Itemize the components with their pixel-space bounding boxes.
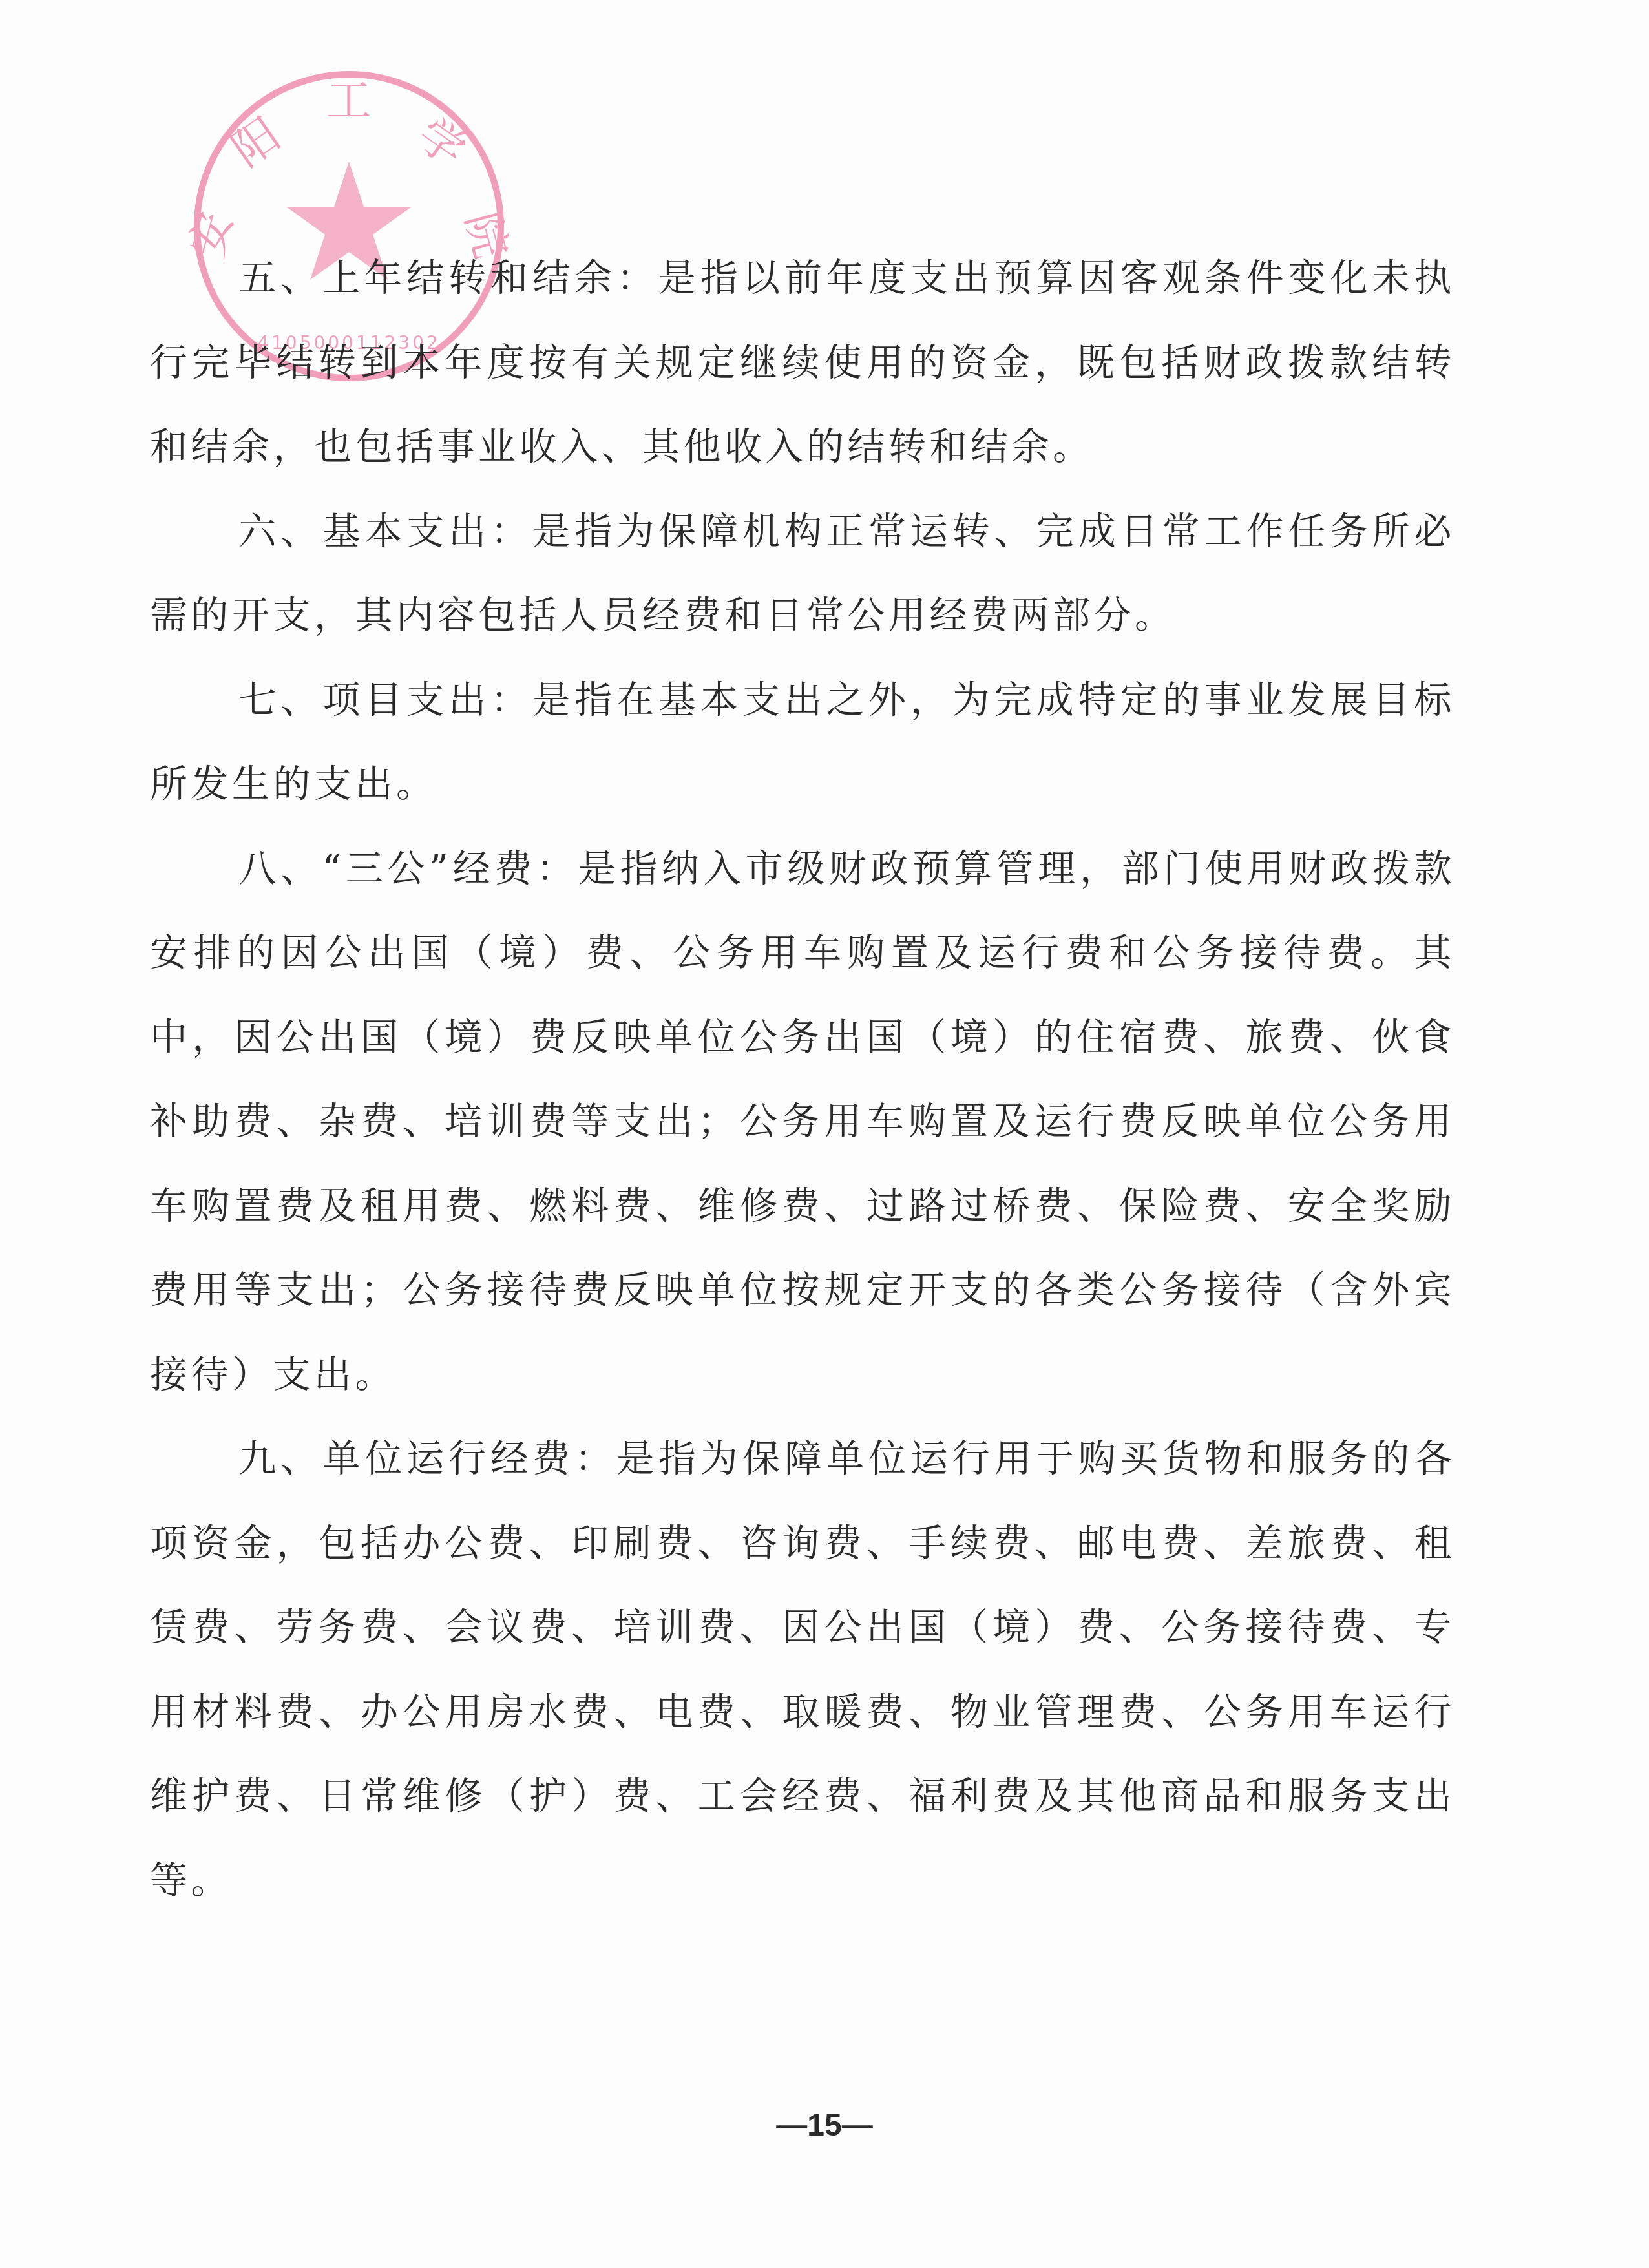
seal-char-3: 工	[326, 74, 372, 127]
page-number: —15—	[0, 2108, 1649, 2143]
document-body: 五、上年结转和结余：是指以前年度支出预算因客观条件变化未执行完毕结转到本年度按有…	[150, 236, 1455, 1922]
paragraph-basic-expenditure: 六、基本支出：是指为保障机构正常运转、完成日常工作任务所必需的开支，其内容包括人…	[150, 489, 1455, 658]
paragraph-text: 七、项目支出：是指在基本支出之外，为完成特定的事业发展目标所发生的支出。	[150, 678, 1455, 806]
paragraph-project-expenditure: 七、项目支出：是指在基本支出之外，为完成特定的事业发展目标所发生的支出。	[150, 658, 1455, 826]
paragraph-text: 九、单位运行经费：是指为保障单位运行用于购买货物和服务的各项资金，包括办公费、印…	[150, 1436, 1455, 1902]
paragraph-text: 五、上年结转和结余：是指以前年度支出预算因客观条件变化未执行完毕结转到本年度按有…	[150, 256, 1455, 468]
svg-text:阳: 阳	[222, 108, 289, 177]
paragraph-three-public-expenses: 八、“三公”经费：是指纳入市级财政预算管理，部门使用财政拨款安排的因公出国（境）…	[150, 826, 1455, 1417]
paragraph-carryover-balance: 五、上年结转和结余：是指以前年度支出预算因客观条件变化未执行完毕结转到本年度按有…	[150, 236, 1455, 489]
paragraph-unit-operating-expenses: 九、单位运行经费：是指为保障单位运行用于购买货物和服务的各项资金，包括办公费、印…	[150, 1416, 1455, 1922]
svg-text:学: 学	[408, 108, 476, 177]
paragraph-text: 八、“三公”经费：是指纳入市级财政预算管理，部门使用财政拨款安排的因公出国（境）…	[150, 846, 1455, 1396]
paragraph-text: 六、基本支出：是指为保障机构正常运转、完成日常工作任务所必需的开支，其内容包括人…	[150, 509, 1455, 638]
